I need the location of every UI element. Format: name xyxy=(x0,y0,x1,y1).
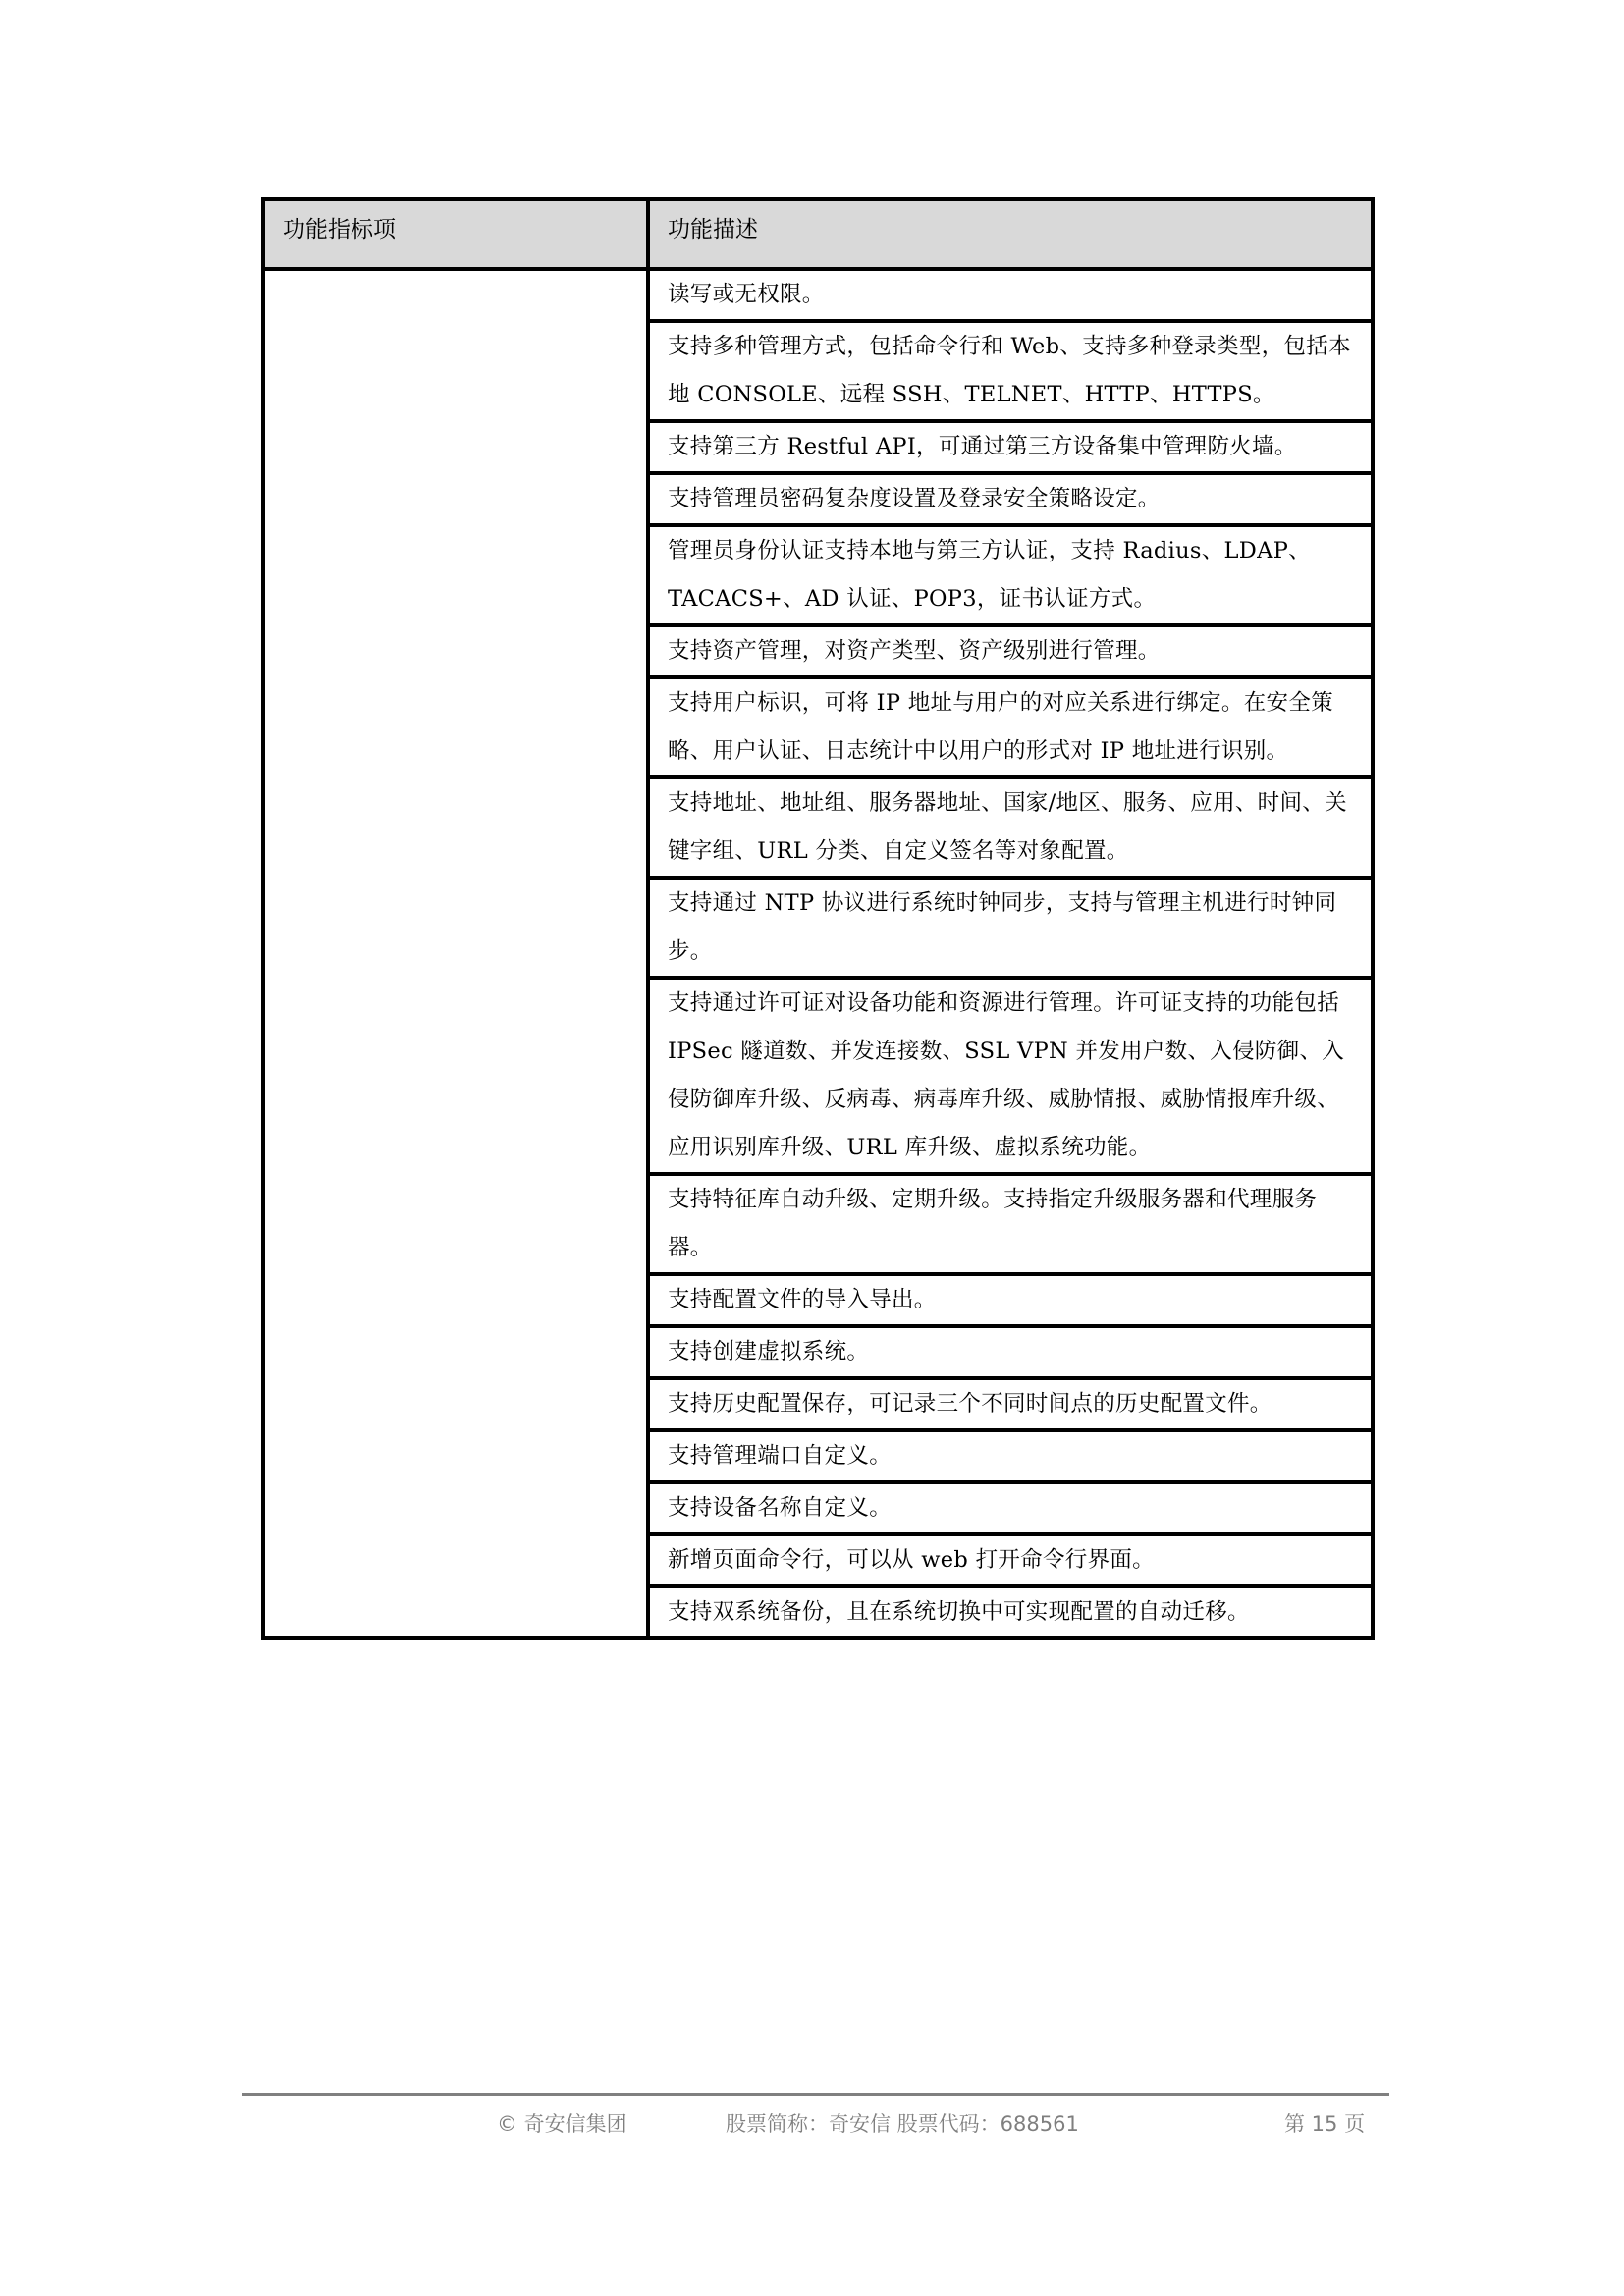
description-cell: 支持通过许可证对设备功能和资源进行管理。许可证支持的功能包括 IPSec 隧道数… xyxy=(648,978,1373,1174)
header-feature-item: 功能指标项 xyxy=(263,199,648,269)
table-header-row: 功能指标项 功能描述 xyxy=(263,199,1373,269)
description-cell: 支持通过 NTP 协议进行系统时钟同步，支持与管理主机进行时钟同步。 xyxy=(648,878,1373,978)
description-cell: 支持第三方 Restful API，可通过第三方设备集中管理防火墙。 xyxy=(648,421,1373,473)
description-cell: 管理员身份认证支持本地与第三方认证，支持 Radius、LDAP、TACACS+… xyxy=(648,525,1373,625)
header-feature-description: 功能描述 xyxy=(648,199,1373,269)
description-cell: 支持特征库自动升级、定期升级。支持指定升级服务器和代理服务器。 xyxy=(648,1174,1373,1274)
description-cell: 支持管理员密码复杂度设置及登录安全策略设定。 xyxy=(648,473,1373,525)
document-page: 功能指标项 功能描述 读写或无权限。 支持多种管理方式，包括命令行和 Web、支… xyxy=(0,0,1624,2296)
footer-page-number: 第 15 页 xyxy=(1284,2109,1365,2138)
description-cell: 支持历史配置保存，可记录三个不同时间点的历史配置文件。 xyxy=(648,1378,1373,1430)
feature-item-cell xyxy=(263,269,648,1638)
description-cell: 支持设备名称自定义。 xyxy=(648,1482,1373,1534)
description-cell: 读写或无权限。 xyxy=(648,269,1373,321)
description-cell: 支持用户标识，可将 IP 地址与用户的对应关系进行绑定。在安全策略、用户认证、日… xyxy=(648,677,1373,777)
description-cell: 支持多种管理方式，包括命令行和 Web、支持多种登录类型，包括本地 CONSOL… xyxy=(648,321,1373,421)
description-cell: 支持双系统备份，且在系统切换中可实现配置的自动迁移。 xyxy=(648,1586,1373,1638)
description-cell: 支持配置文件的导入导出。 xyxy=(648,1274,1373,1326)
table-row: 读写或无权限。 xyxy=(263,269,1373,321)
spec-table: 功能指标项 功能描述 读写或无权限。 支持多种管理方式，包括命令行和 Web、支… xyxy=(261,197,1375,1640)
description-cell: 支持创建虚拟系统。 xyxy=(648,1326,1373,1378)
description-cell: 支持地址、地址组、服务器地址、国家/地区、服务、应用、时间、关键字组、URL 分… xyxy=(648,777,1373,878)
footer-copyright: © 奇安信集团 xyxy=(497,2109,627,2138)
footer-stock-info: 股票简称：奇安信 股票代码：688561 xyxy=(726,2109,1079,2138)
description-cell: 支持资产管理，对资产类型、资产级别进行管理。 xyxy=(648,625,1373,677)
description-cell: 支持管理端口自定义。 xyxy=(648,1430,1373,1482)
footer-divider xyxy=(242,2093,1389,2096)
description-cell: 新增页面命令行，可以从 web 打开命令行界面。 xyxy=(648,1534,1373,1586)
